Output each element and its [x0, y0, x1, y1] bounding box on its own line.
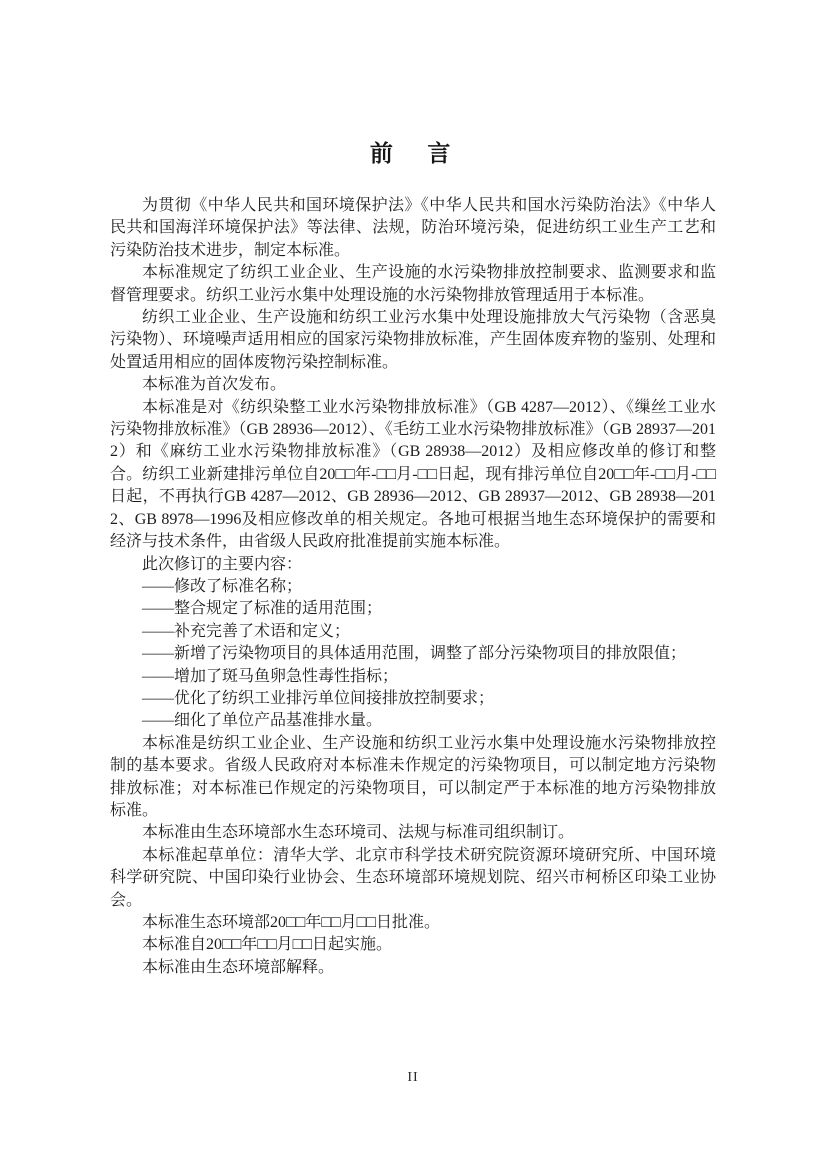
paragraph: 本标准是纺织工业企业、生产设施和纺织工业污水集中处理设施水污染物排放控制的基本要… — [110, 733, 716, 823]
paragraph: 纺织工业企业、生产设施和纺织工业污水集中处理设施排放大气污染物（含恶臭污染物）、… — [110, 307, 716, 374]
paragraph: ——细化了单位产品基准排水量。 — [110, 710, 716, 732]
paragraph: ——补充完善了术语和定义； — [110, 621, 716, 643]
paragraph: 本标准生态环境部20□□年□□月□□日批准。 — [110, 912, 716, 934]
page-number: II — [0, 1070, 826, 1086]
paragraph: 此次修订的主要内容： — [110, 554, 716, 576]
paragraph: ——修改了标准名称； — [110, 576, 716, 598]
paragraph: 为贯彻《中华人民共和国环境保护法》《中华人民共和国水污染防治法》《中华人民共和国… — [110, 195, 716, 262]
foreword-body: 为贯彻《中华人民共和国环境保护法》《中华人民共和国水污染防治法》《中华人民共和国… — [110, 195, 716, 979]
paragraph: 本标准由生态环境部水生态环境司、法规与标准司组织制订。 — [110, 822, 716, 844]
paragraph: 本标准自20□□年□□月□□日起实施。 — [110, 934, 716, 956]
page-title: 前 言 — [0, 0, 826, 169]
paragraph: ——优化了纺织工业排污单位间接排放控制要求； — [110, 688, 716, 710]
paragraph: ——增加了斑马鱼卵急性毒性指标； — [110, 666, 716, 688]
paragraph: 本标准是对《纺织染整工业水污染物排放标准》（GB 4287—2012）、《缫丝工… — [110, 397, 716, 554]
paragraph: ——整合规定了标准的适用范围； — [110, 598, 716, 620]
paragraph: 本标准规定了纺织工业企业、生产设施的水污染物排放控制要求、监测要求和监督管理要求… — [110, 262, 716, 307]
paragraph: 本标准起草单位：清华大学、北京市科学技术研究院资源环境研究所、中国环境科学研究院… — [110, 845, 716, 912]
paragraph: 本标准为首次发布。 — [110, 374, 716, 396]
paragraph: ——新增了污染物项目的具体适用范围，调整了部分污染物项目的排放限值； — [110, 643, 716, 665]
paragraph: 本标准由生态环境部解释。 — [110, 957, 716, 979]
document-page: 前 言 为贯彻《中华人民共和国环境保护法》《中华人民共和国水污染防治法》《中华人… — [0, 0, 826, 1169]
